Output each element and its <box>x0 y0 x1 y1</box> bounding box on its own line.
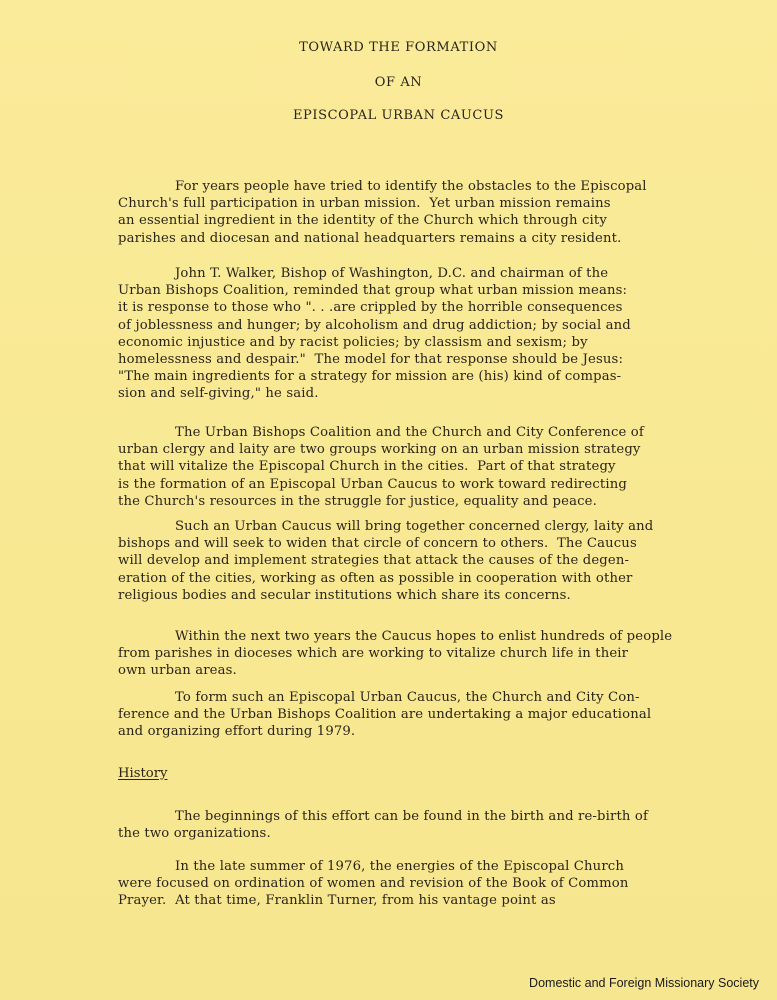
text-line: "The main ingredients for a strategy for… <box>118 368 718 385</box>
watermark-credit: Domestic and Foreign Missionary Society <box>525 974 763 992</box>
text-line: Urban Bishops Coalition, reminded that g… <box>118 282 718 299</box>
text-line: parishes and diocesan and national headq… <box>118 230 718 247</box>
paragraph-two-groups: The Urban Bishops Coalition and the Chur… <box>118 424 718 510</box>
paragraph-organizing-1979: To form such an Episcopal Urban Caucus, … <box>118 689 718 741</box>
text-line: Prayer. At that time, Franklin Turner, f… <box>118 892 718 909</box>
text-line: eration of the cities, working as often … <box>118 570 718 587</box>
text-line: To form such an Episcopal Urban Caucus, … <box>118 689 718 706</box>
section-heading-history: History <box>118 766 167 781</box>
document-title-line-1: TOWARD THE FORMATION <box>10 40 777 55</box>
text-line: it is response to those who ". . .are cr… <box>118 299 718 316</box>
paragraph-obstacles: For years people have tried to identify … <box>118 178 718 247</box>
paragraph-beginnings: The beginnings of this effort can be fou… <box>118 808 718 842</box>
text-line: of joblessness and hunger; by alcoholism… <box>118 317 718 334</box>
text-line: sion and self-giving," he said. <box>118 385 718 402</box>
text-line: economic injustice and by racist policie… <box>118 334 718 351</box>
text-line: John T. Walker, Bishop of Washington, D.… <box>118 265 718 282</box>
paragraph-walker-quote: John T. Walker, Bishop of Washington, D.… <box>118 265 718 403</box>
document-title-line-2: OF AN <box>10 75 777 90</box>
text-line: ference and the Urban Bishops Coalition … <box>118 706 718 723</box>
text-line: Within the next two years the Caucus hop… <box>118 628 718 645</box>
text-line: In the late summer of 1976, the energies… <box>118 858 718 875</box>
scanned-document-page: TOWARD THE FORMATION OF AN EPISCOPAL URB… <box>0 0 777 1000</box>
text-line: own urban areas. <box>118 662 718 679</box>
document-title-line-3: EPISCOPAL URBAN CAUCUS <box>10 108 777 123</box>
text-line: and organizing effort during 1979. <box>118 723 718 740</box>
text-line: The beginnings of this effort can be fou… <box>118 808 718 825</box>
paragraph-summer-1976: In the late summer of 1976, the energies… <box>118 858 718 910</box>
text-line: homelessness and despair." The model for… <box>118 351 718 368</box>
text-line: the two organizations. <box>118 825 718 842</box>
text-line: urban clergy and laity are two groups wo… <box>118 441 718 458</box>
text-line: Church's full participation in urban mis… <box>118 195 718 212</box>
text-line: Such an Urban Caucus will bring together… <box>118 518 718 535</box>
text-line: from parishes in dioceses which are work… <box>118 645 718 662</box>
text-line: will develop and implement strategies th… <box>118 552 718 569</box>
paragraph-caucus-goals: Such an Urban Caucus will bring together… <box>118 518 718 604</box>
text-line: were focused on ordination of women and … <box>118 875 718 892</box>
text-line: bishops and will seek to widen that circ… <box>118 535 718 552</box>
text-line: that will vitalize the Episcopal Church … <box>118 458 718 475</box>
text-line: The Urban Bishops Coalition and the Chur… <box>118 424 718 441</box>
text-line: an essential ingredient in the identity … <box>118 212 718 229</box>
text-line: is the formation of an Episcopal Urban C… <box>118 476 718 493</box>
text-line: For years people have tried to identify … <box>118 178 718 195</box>
text-line: the Church's resources in the struggle f… <box>118 493 718 510</box>
text-line: religious bodies and secular institution… <box>118 587 718 604</box>
paragraph-two-years: Within the next two years the Caucus hop… <box>118 628 718 680</box>
